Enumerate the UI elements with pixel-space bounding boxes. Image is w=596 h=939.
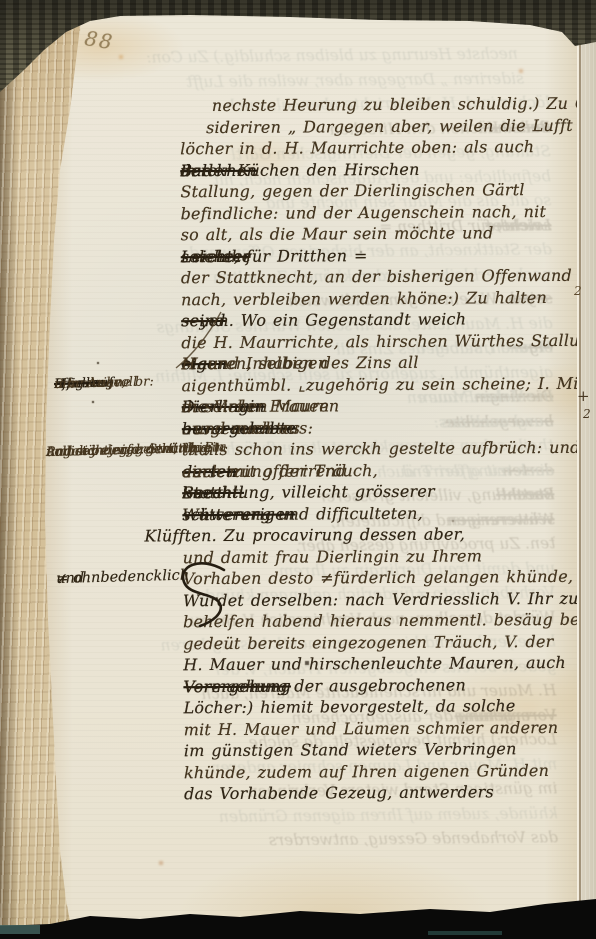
text-segment: : welche (181, 245, 252, 267)
text-segment: khünde, zudem auf Ihren aigenen Gründen (184, 759, 549, 783)
manuscript-line: nechste Heurung zu bleiben schuldig.) Zu… (180, 93, 580, 117)
text-segment: und (56, 569, 84, 589)
text-segment: nechste Heurung zu bleiben schuldig.) Zu… (212, 93, 596, 117)
manuscript-line: ausgemachtes bevorgehabte. und auch aus: (182, 415, 582, 439)
text-segment: Vorhaben desto ≠fürderlich gelangen khün… (183, 566, 574, 590)
manuscript-line: Stattknechtl Bezahlung, villeicht grösse… (182, 480, 582, 504)
manuscript-line: Vorergehung Vermachung der ausgebrochene… (183, 673, 583, 697)
manuscript-line: und damit frau Dierlingin zu Ihrem (183, 544, 583, 568)
struck-text: schwererigen (182, 503, 295, 525)
text-segment: die H. Maurrichte, als hirschen Würthes … (181, 329, 596, 353)
manuscript-line: gedeüt bereits eingezogenen Träuch, V. d… (183, 630, 583, 654)
manuscript-line: mit H. Mauer und Läumen schmier anderen (184, 716, 584, 740)
text-segment: im günstigen Stand wieters Verbringen (184, 738, 517, 762)
facing-page-edge (577, 14, 596, 910)
manuscript-line: Klüfften. Zu procavirung dessen aber, (144, 523, 582, 547)
manuscript-line: solche, für Dritthen = Leichter: welche (181, 243, 581, 267)
text-segment: auch mit offerirend (182, 460, 346, 483)
manuscript-scan: nechste Heurung zu bleiben schuldig.) Zu… (0, 0, 596, 939)
manuscript-line: Würdet derselben: nach Verdriesslich V. … (183, 587, 583, 611)
manuscript-line: seind seyen. Wo ein Gegenstandt weich (181, 308, 581, 332)
text-segment: H. Mauer und hirschenleuchte Mauren, auc… (183, 652, 566, 676)
manuscript-line: nach, verbleiben werden khöne:) Zu halte… (181, 286, 581, 310)
manuscript-line: Mauren, selbigen eigen H. und Inhaben de… (181, 351, 581, 375)
text-segment: seyen. Wo ein Gegenstandt weich (181, 308, 466, 331)
text-segment: mit H. Mauer und Läumen schmier anderen (184, 716, 559, 740)
manuscript-line: Stallung, gegen der Dierlingischen Gärtl (180, 179, 580, 203)
manuscript-line: einsetzung der Träuch, derten auch mit o… (182, 458, 582, 482)
text-segment: nach, verbleiben werden khöne:) Zu halte… (181, 286, 547, 310)
manuscript-line: löcher in d. H. Maurrichte oben: als auc… (180, 136, 580, 160)
text-segment: in solchen Mauren (182, 395, 340, 417)
text-segment: befindliche: und der Augenschein nach, n… (180, 200, 546, 224)
text-segment: . und auch aus: (182, 417, 313, 439)
manuscript-line: im günstigen Stand wieters Verbringen (184, 738, 584, 762)
text-segment: Klüfften. Zu procavirung dessen aber, (144, 523, 465, 546)
insertion-numeral: 2 (583, 407, 591, 421)
margin-numeral: 2 (574, 284, 582, 298)
manuscript-line: khünde, zudem auf Ihren aigenen Gründen (184, 759, 584, 783)
manuscript-line: der Stattknecht, an der bisherigen Offen… (181, 265, 581, 289)
text-segment: Bezahlung, villeicht grösserer (182, 481, 435, 504)
text-segment: sideriren „ Dargegen aber, weilen die Lu… (206, 114, 573, 138)
manuscript-line: die V. der Frauen Dierlingin in solchen … (182, 394, 582, 418)
text-segment: das Vorhabende Gezeug, antwerders (269, 825, 559, 853)
text-segment: thails schon ins werckh gestelte aufbrüc… (182, 437, 581, 461)
text-segment: das Vorhabende Gezeug, antwerders (184, 781, 494, 804)
manuscript-line: der: Balckhen in der Küchen den Hirschen (180, 157, 580, 181)
text-segment: aigenthümbl. ⌞zugehörig zu sein scheine;… (182, 372, 596, 396)
manuscript-line: sideriren „ Dargegen aber, weilen die Lu… (180, 114, 580, 138)
manuscript-line: H. Mauer und hirschenleuchte Mauren, auc… (183, 652, 583, 676)
text-segment: gedeüt bereits eingezogenen Träuch, V. d… (183, 630, 553, 654)
text-segment: sideriren „ Dargegen aber, weilen die Lu… (186, 66, 524, 94)
manuscript-line: so alt, als die Maur sein möchte und (181, 222, 581, 246)
binding-band-sliver (0, 925, 40, 934)
text-segment: behelfen habend hieraus nemmentl. besäug… (183, 609, 596, 633)
text-segment: und damit frau Dierlingin zu Ihrem (183, 545, 483, 568)
manuscript-line: Vorhaben desto ≠fürderlich gelangen khün… (183, 566, 583, 590)
manuscript-line: behelfen habend hieraus nemmentl. besäug… (183, 609, 583, 633)
insertion-plus-mark: + (577, 387, 590, 405)
text-segment: löcher in d. H. Maurrichte oben: als auc… (180, 136, 534, 160)
text-segment: so alt, als die Maur sein möchte und (181, 222, 494, 245)
text-segment: Stallung, gegen der Dierlingischen Gärtl (180, 179, 524, 203)
manuscript-line: Wütterung und difficulteten, schwererige… (182, 501, 582, 525)
bleed-line: das Vorhabende Gezeug, antwerders (52, 825, 558, 855)
main-text-block: nechste Heurung zu bleiben schuldig.) Zu… (180, 93, 584, 805)
text-segment: khünde, zudem auf Ihren aigenen Gründen (219, 801, 558, 829)
text-segment: Würdet derselben: nach Verdriesslich V. … (183, 587, 579, 611)
binding-band-sliver (428, 931, 502, 935)
text-segment: Löcher:) hiemit bevorgestelt, da solche (184, 695, 516, 719)
manuscript-line: aigenthümbl. ⌞zugehörig zu sein scheine;… (182, 372, 582, 396)
text-segment: And (46, 443, 73, 462)
manuscript-line: das Vorhabende Gezeug, antwerders (184, 781, 584, 805)
manuscript-line: befindliche: und der Augenschein nach, n… (180, 200, 580, 224)
text-segment: uim: Augvoll (54, 374, 137, 393)
text-segment: in der Küchen den Hirschen (180, 158, 419, 181)
text-segment: der Stattknecht, an der bisherigen Offen… (181, 265, 572, 289)
manuscript-line: Löcher:) hiemit bevorgestelt, da solche (184, 695, 584, 719)
text-segment: Vermachung der ausgebrochenen (183, 674, 466, 697)
manuscript-line: thails schon ins werckh gestelte aufbrüc… (182, 437, 582, 461)
text-segment: H. und Inhaben des Zins all (181, 352, 418, 375)
manuscript-line: die H. Maurrichte, als hirschen Würthes … (181, 329, 581, 353)
